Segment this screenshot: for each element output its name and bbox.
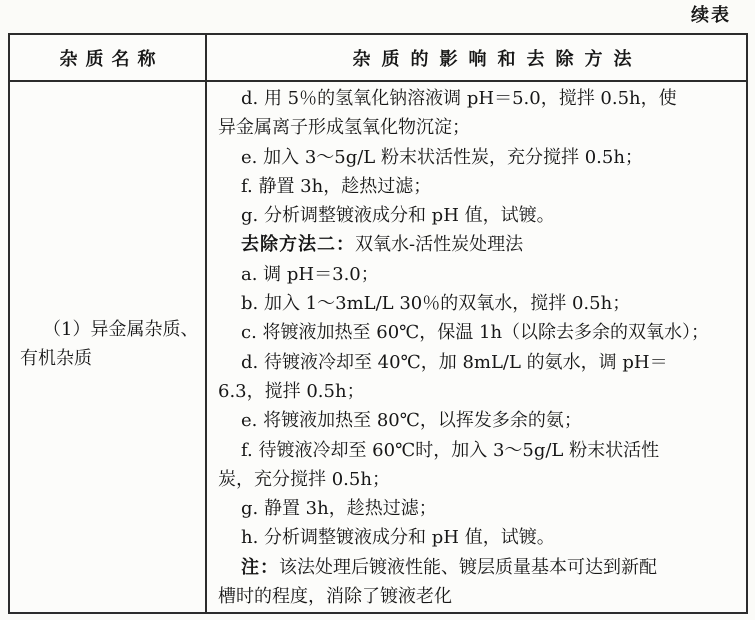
method-line: b. 加入 1～3mL/L 30％的双氧水，搅拌 0.5h； [218,289,744,318]
impurity-name-line: （1）异金属杂质、 [20,315,201,344]
method-line: f. 待镀液冷却至 60℃时，加入 3～5g/L 粉末状活性 [218,436,744,465]
document-page: 续表 杂质名称 杂质的影响和去除方法 （1）异金属杂质、 有机杂质 d. 用 5… [0,0,755,620]
header-impurity-name: 杂质名称 [10,35,207,80]
method-line: g. 静置 3h，趁热过滤； [218,494,744,523]
cell-removal-methods: d. 用 5％的氢氧化钠溶液调 pH＝5.0，搅拌 0.5h，使异金属离子形成氢… [207,82,746,612]
method-line: e. 加入 3～5g/L 粉末状活性炭，充分搅拌 0.5h； [218,143,744,172]
method-line-bold-prefix: 去除方法二： [241,234,355,255]
method-line: f. 静置 3h，趁热过滤； [218,172,744,201]
method-line: d. 用 5％的氢氧化钠溶液调 pH＝5.0，搅拌 0.5h，使 [218,84,744,113]
method-line: 去除方法二：双氧水-活性炭处理法 [218,230,744,259]
table-body-row: （1）异金属杂质、 有机杂质 d. 用 5％的氢氧化钠溶液调 pH＝5.0，搅拌… [10,82,746,612]
method-line: 注：该法处理后镀液性能、镀层质量基本可达到新配 [218,553,744,582]
impurity-name-block: （1）异金属杂质、 有机杂质 [10,315,205,379]
impurity-name-line: 有机杂质 [20,344,201,373]
method-line: 炭，充分搅拌 0.5h； [218,465,744,494]
method-line: a. 调 pH＝3.0； [218,260,744,289]
method-line: 异金属离子形成氢氧化物沉淀； [218,113,744,142]
method-line: e. 将镀液加热至 80℃，以挥发多余的氨； [218,406,744,435]
table-header-row: 杂质名称 杂质的影响和去除方法 [10,35,746,82]
method-line: c. 将镀液加热至 60℃，保温 1h（以除去多余的双氧水）； [218,318,744,347]
method-line: 槽时的程度，消除了镀液老化 [218,582,744,611]
impurity-table: 杂质名称 杂质的影响和去除方法 （1）异金属杂质、 有机杂质 d. 用 5％的氢… [8,33,748,614]
continued-table-label: 续表 [691,1,731,27]
method-line-bold-prefix: 注： [241,557,279,578]
method-line: g. 分析调整镀液成分和 pH 值，试镀。 [218,201,744,230]
method-line: 6.3，搅拌 0.5h； [218,377,744,406]
header-impurity-effects-methods: 杂质的影响和去除方法 [207,35,746,80]
method-line: h. 分析调整镀液成分和 pH 值，试镀。 [218,523,744,552]
method-line: d. 待镀液冷却至 40℃，加 8mL/L 的氨水，调 pH＝ [218,348,744,377]
cell-impurity-name: （1）异金属杂质、 有机杂质 [10,82,207,612]
